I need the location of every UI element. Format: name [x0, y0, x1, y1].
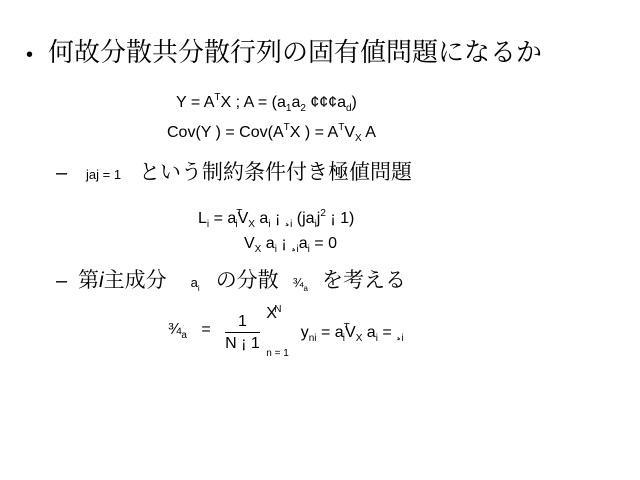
- eq3-t2: = a: [209, 210, 236, 227]
- eq1-rhs: X ; A = (a: [221, 94, 286, 111]
- eq5-sigma-sub: a: [181, 330, 187, 341]
- eq5-y: y: [301, 324, 309, 341]
- eq5-a2: a: [362, 324, 375, 341]
- bullet-dot: •: [26, 39, 48, 71]
- slide-title-text: 何故分散共分散行列の固有値問題になるか: [48, 37, 542, 67]
- eq5-mid: = a: [317, 324, 344, 341]
- eq2-part1: Cov(Y ) = Cov(A: [167, 124, 284, 141]
- bullet-3: –第i主成分aiの分散¾aを考える: [56, 268, 406, 294]
- eq2-part4: A: [362, 124, 376, 141]
- eq3-t1: L: [198, 210, 207, 227]
- eq5-v: V: [345, 324, 356, 341]
- equation-4: VX ai ¡ ¸iai = 0: [244, 234, 337, 260]
- eq4-t3: ¡ ¸: [277, 235, 297, 252]
- b3-t2: 主成分: [104, 269, 167, 292]
- eq5-end: = ¸: [378, 324, 402, 341]
- eq1-close: ): [352, 94, 357, 111]
- eq5-den: N ¡ 1: [225, 333, 260, 355]
- eq5-sigma: ¾: [168, 321, 181, 338]
- slide-title-bullet: •何故分散共分散行列の固有値問題になるか: [26, 36, 542, 71]
- eq4-t2: a: [261, 235, 274, 252]
- eq5-num: 1: [225, 312, 260, 333]
- bullet2-text: という制約条件付き極値問題: [139, 161, 412, 184]
- bullet-2: –jaj = 1という制約条件付き極値問題: [56, 160, 412, 186]
- eq3-t6: (ja: [292, 210, 314, 227]
- b3-sigma: ¾: [293, 275, 304, 290]
- eq4-t5: = 0: [310, 235, 337, 252]
- eq3-t8: ¡ 1): [326, 210, 354, 227]
- b3-t4: を考える: [322, 269, 406, 292]
- eq5-sum-top: N: [274, 300, 281, 320]
- eq2-subx: X: [355, 133, 362, 144]
- eq4-t4: a: [299, 235, 308, 252]
- equation-1: Y = ATX ; A = (a1a2 ¢¢¢ad): [176, 88, 357, 119]
- eq5-y-sub: ni: [309, 333, 317, 344]
- b3-sigma-sub: a: [304, 284, 308, 293]
- eq3-sx: X: [248, 219, 255, 230]
- bullet2-math: jaj = 1: [86, 167, 121, 182]
- equation-5: ¾a = 1 N ¡ 1 XN n = 1 yni = aTiVX ai = ¸…: [168, 308, 404, 358]
- eq5-end-sub: i: [402, 333, 404, 344]
- eq3-t4: a: [255, 210, 268, 227]
- b3-a: a: [191, 275, 198, 290]
- equation-2: Cov(Y ) = Cov(ATX ) = ATVX A: [167, 118, 376, 149]
- eq3-t3: V: [238, 210, 249, 227]
- eq2-part2: X ) = A: [290, 124, 338, 141]
- equation-3: Li = aTiVX ai ¡ ¸i (jaij2 ¡ 1): [198, 204, 354, 235]
- dash-icon: –: [56, 268, 78, 294]
- eq4-t1: V: [244, 235, 255, 252]
- eq5-sum-bottom: n = 1: [266, 344, 289, 364]
- b3-t1: 第: [78, 269, 99, 292]
- eq5-eq: =: [201, 321, 210, 338]
- eq1-dots: ¢¢¢a: [306, 94, 346, 111]
- eq5-sum: XN n = 1: [264, 308, 296, 358]
- b3-t3: の分散: [216, 269, 279, 292]
- eq2-part3: V: [344, 124, 355, 141]
- eq3-t5: ¡ ¸: [271, 210, 291, 227]
- eq5-fraction: 1 N ¡ 1: [225, 312, 260, 355]
- eq1-lhs: Y = A: [176, 94, 214, 111]
- dash-icon: –: [56, 160, 78, 186]
- b3-a-sub: i: [198, 284, 200, 293]
